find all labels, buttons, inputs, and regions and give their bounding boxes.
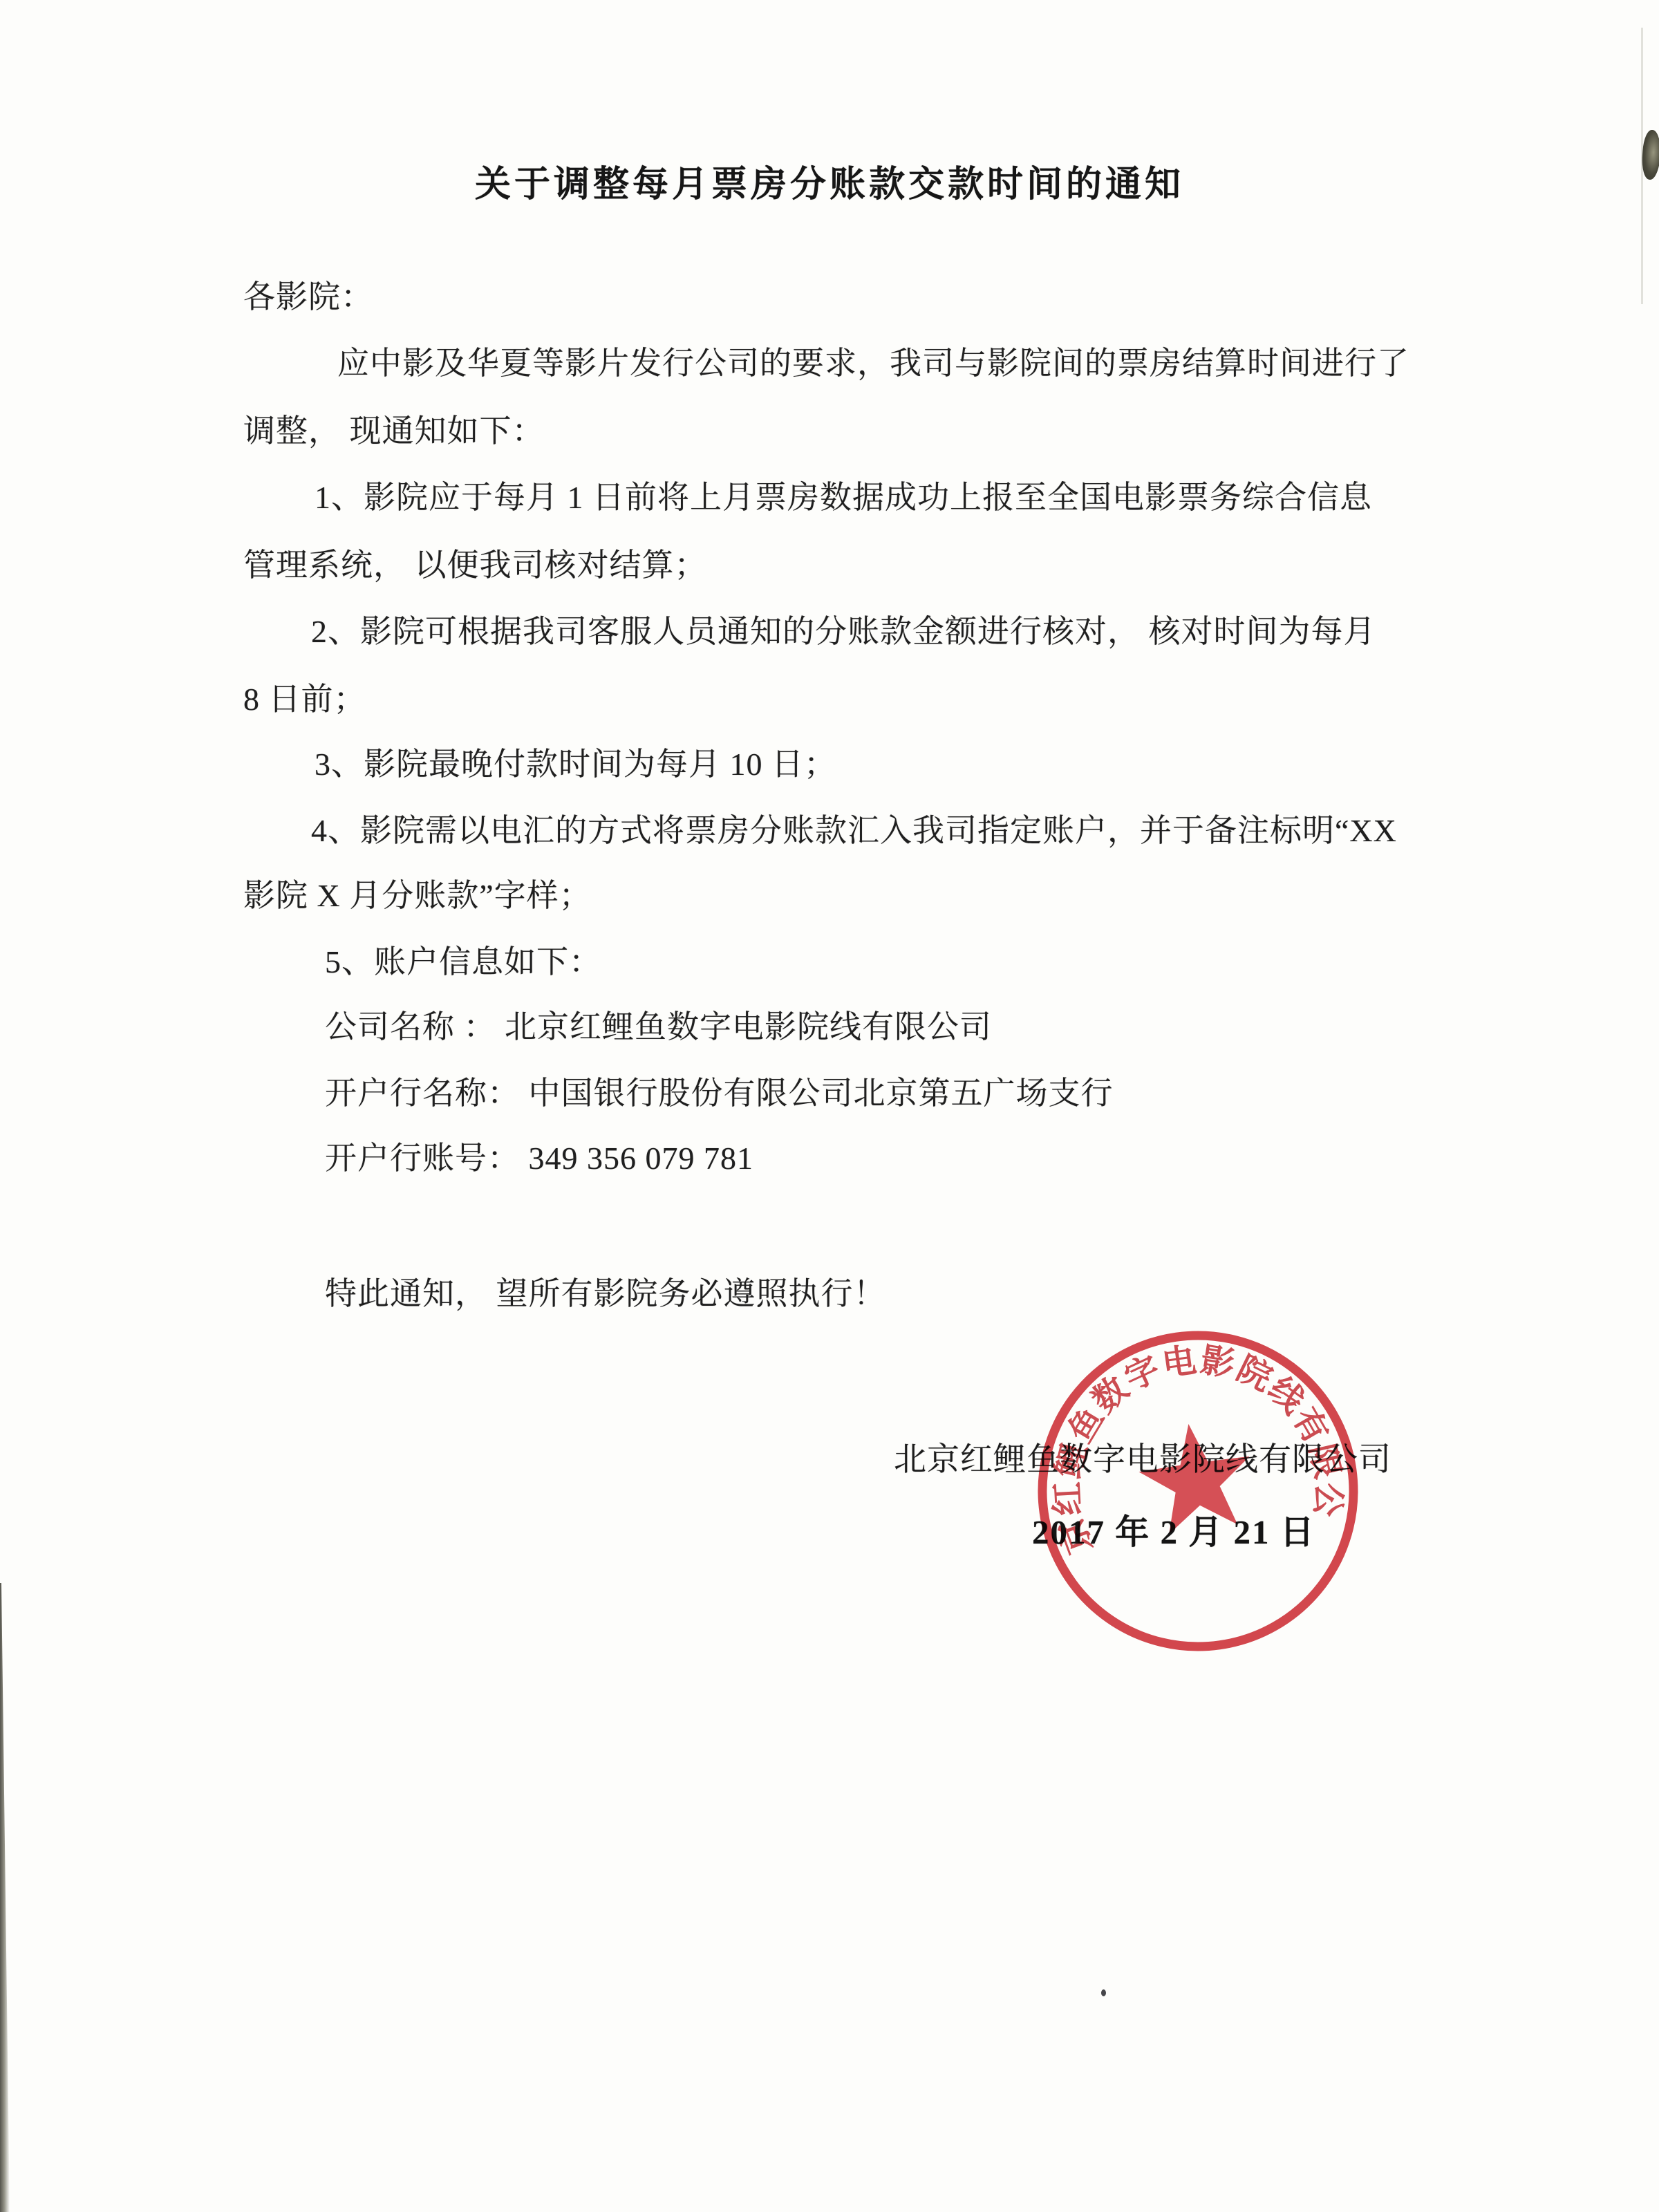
scan-speck <box>1101 1989 1106 1996</box>
body-line: 调整， 现通知如下： <box>243 413 545 449</box>
account-number-line: 开户行账号： 349 356 079 781 <box>325 1141 753 1177</box>
body-line-item-3: 3、影院最晚付款时间为每月 10 日； <box>315 747 836 782</box>
closing-line: 特此通知， 望所有影院务必遵照执行！ <box>325 1276 886 1312</box>
body-line-item-1: 1、影院应于每月 1 日前将上月票房数据成功上报至全国电影票务综合信息 <box>315 480 1372 516</box>
body-line: 8 日前； <box>243 682 366 718</box>
body-line: 应中影及华夏等影片发行公司的要求，我司与影院间的票房结算时间进行了 <box>337 346 1409 382</box>
scanned-notice-page: 关于调整每月票房分账款交款时间的通知 各影院： 应中影及华夏等影片发行公司的要求… <box>0 0 1659 2212</box>
account-bank-line: 开户行名称： 中国银行股份有限公司北京第五广场支行 <box>325 1076 1114 1112</box>
body-line: 管理系统， 以便我司核对结算； <box>243 547 707 583</box>
document-title: 关于调整每月票房分账款交款时间的通知 <box>0 155 1659 207</box>
company-seal-stamp: 北京红鲤鱼数字电影院线有限公司 <box>1029 1322 1367 1660</box>
body-line-item-2: 2、影院可根据我司客服人员通知的分账款金额进行核对， 核对时间为每月 <box>311 614 1376 650</box>
scan-smudge <box>1641 129 1659 180</box>
scan-edge-shadow-left <box>0 1583 10 2212</box>
body-line-item-5: 5、账户信息如下： <box>325 944 601 980</box>
star-icon <box>1133 1416 1258 1537</box>
body-line-item-4: 4、影院需以电汇的方式将票房分账款汇入我司指定账户，并于备注标明“XX <box>311 813 1397 849</box>
salutation-line: 各影院： <box>243 279 373 315</box>
account-company-line: 公司名称 ： 北京红鲤鱼数字电影院线有限公司 <box>325 1009 992 1045</box>
body-line: 影院 X 月分账款”字样； <box>243 878 592 914</box>
